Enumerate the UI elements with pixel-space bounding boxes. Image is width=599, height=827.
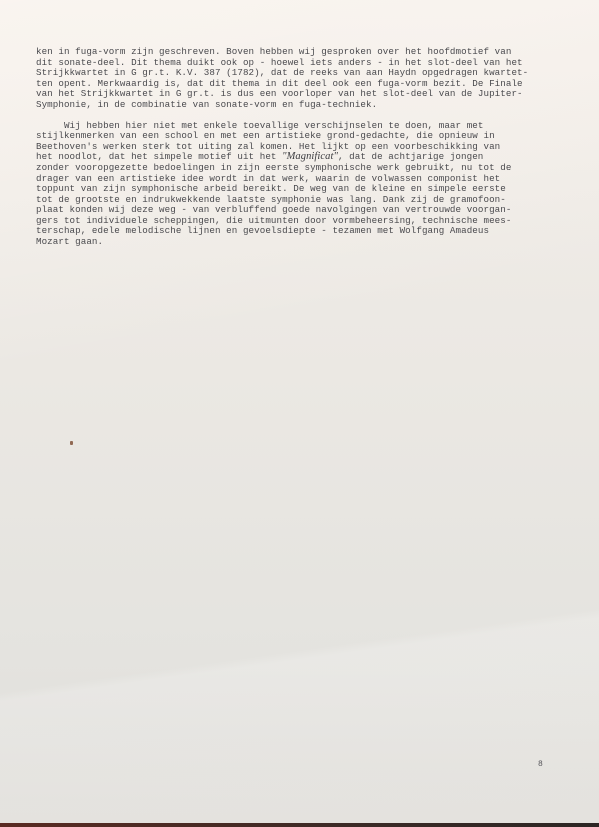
text-line: Mozart gaan. (36, 237, 576, 248)
page-number: 8 (538, 760, 543, 769)
paragraph-2: Wij hebben hier niet met enkele toevalli… (36, 121, 576, 248)
text-segment: het noodlot, dat het simpele motief uit … (36, 151, 282, 162)
paragraph-1: ken in fuga-vorm zijn geschreven. Boven … (36, 47, 576, 110)
table-surface-edge (0, 823, 599, 827)
text-line: Symphonie, in de combinatie van sonate-v… (36, 100, 576, 111)
text-line: zonder vooropgezette bedoelingen in zijn… (36, 163, 576, 174)
text-line: ken in fuga-vorm zijn geschreven. Boven … (36, 47, 576, 58)
typewritten-body: ken in fuga-vorm zijn geschreven. Boven … (36, 47, 576, 247)
text-line: terschap, edele melodische lijnen en gev… (36, 226, 576, 237)
paper-speck (70, 441, 73, 445)
text-segment: , dat de achtjarige jongen (338, 151, 483, 162)
work-title-magnificat: "Magnificat" (282, 151, 338, 162)
